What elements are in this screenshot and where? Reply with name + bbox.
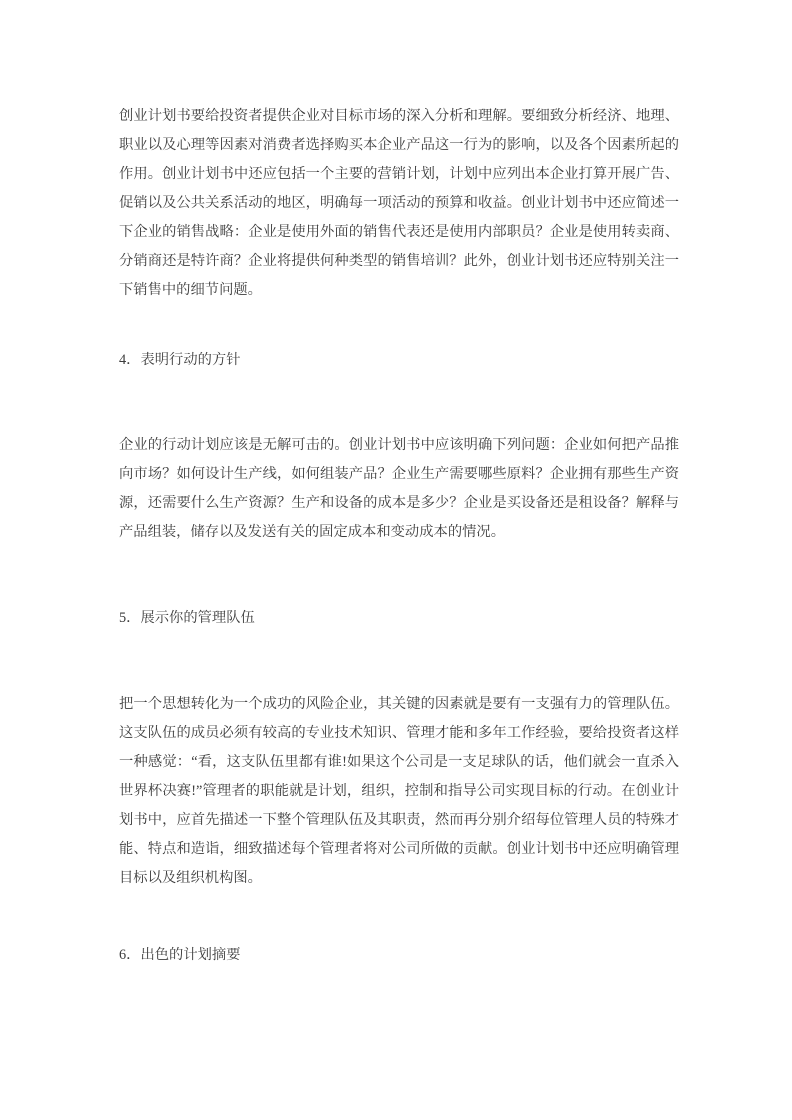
document-page: 创业计划书要给投资者提供企业对目标市场的深入分析和理解。要细致分析经济、地理、职… [0,0,792,1120]
paragraph-action-plan: 企业的行动计划应该是无解可击的。创业计划书中应该明确下列问题：企业如何把产品推向… [119,431,679,547]
section-heading-6-plan-summary: 6．出色的计划摘要 [119,941,679,970]
section-heading-4-action-plan: 4．表明行动的方针 [119,346,679,375]
paragraph-market-analysis: 创业计划书要给投资者提供企业对目标市场的深入分析和理解。要细致分析经济、地理、职… [119,102,679,305]
paragraph-management-team: 把一个思想转化为一个成功的风险企业，其关键的因素就是要有一支强有力的管理队伍。这… [119,690,679,893]
section-heading-5-management-team: 5．展示你的管理队伍 [119,604,679,633]
